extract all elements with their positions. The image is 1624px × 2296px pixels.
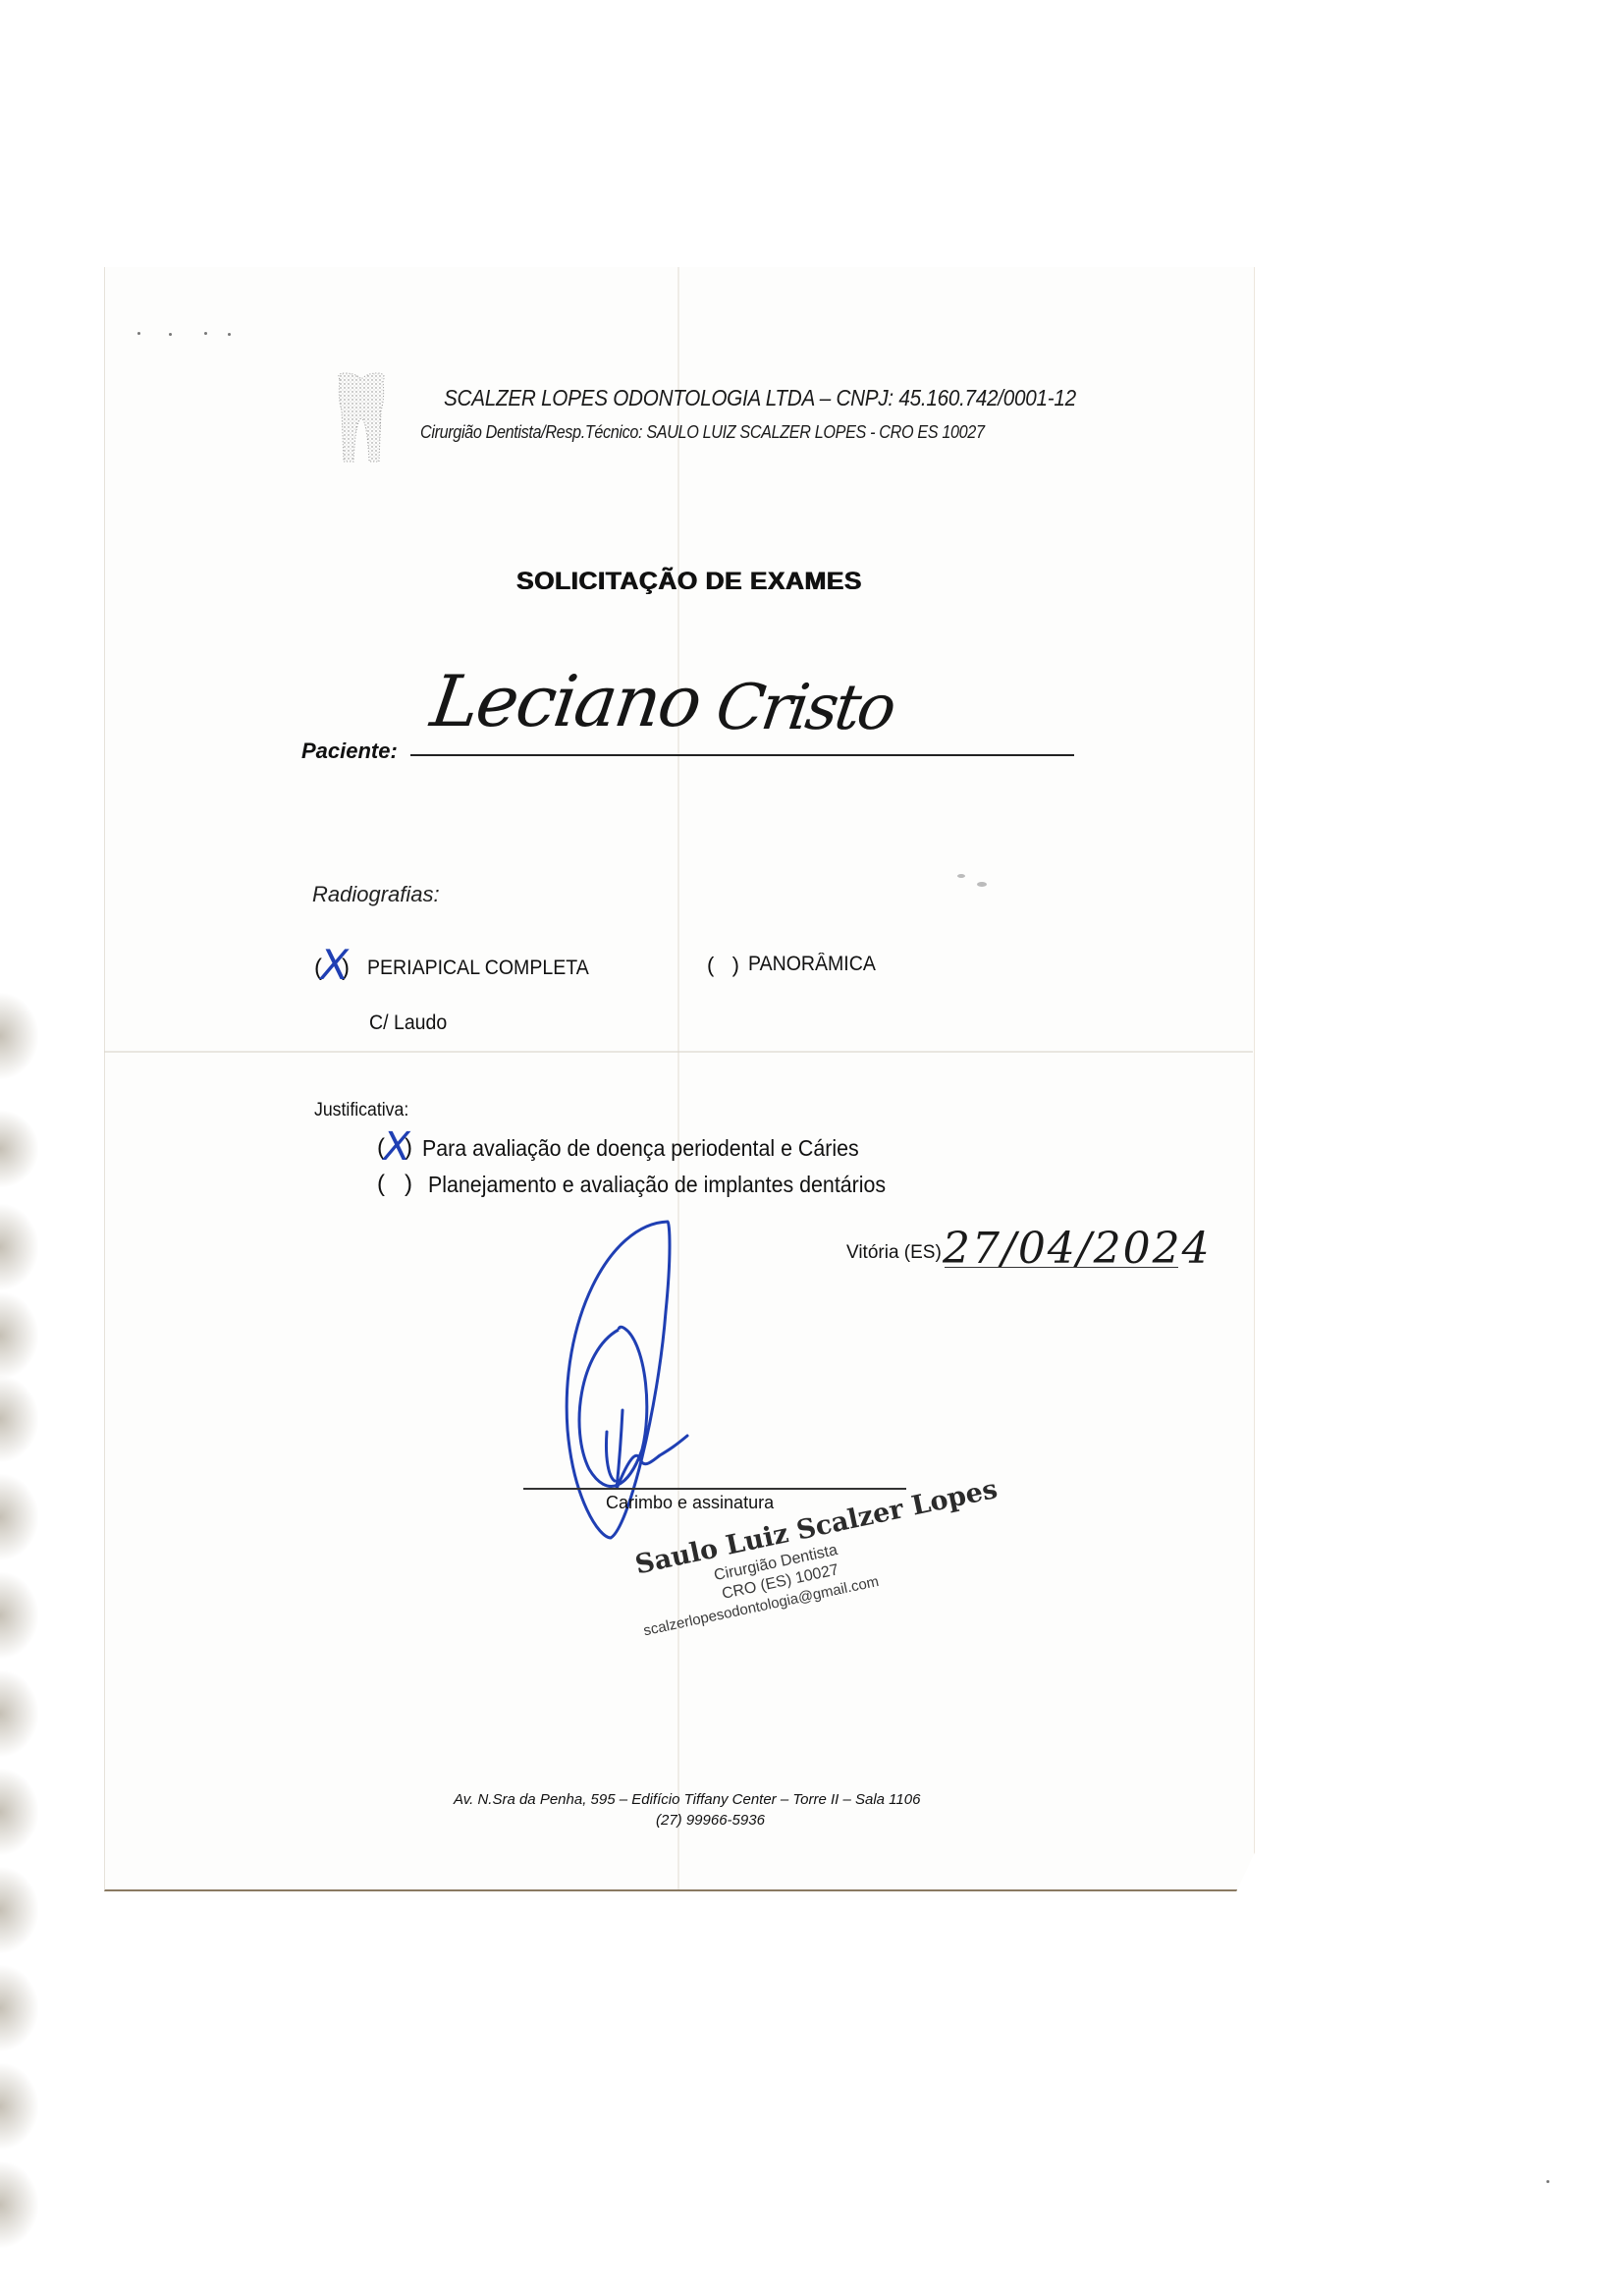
date-field-line — [945, 1267, 1178, 1268]
footer-phone: (27) 99966-5936 — [656, 1812, 765, 1829]
scan-speck — [204, 332, 207, 335]
option-periapical-label: PERIAPICAL COMPLETA — [367, 957, 589, 980]
patient-label: Paciente: — [301, 738, 398, 764]
scan-speck — [957, 874, 965, 878]
fold-line-vertical — [677, 267, 679, 1889]
scan-shadow — [0, 1964, 39, 2052]
scan-shadow — [0, 1291, 39, 1380]
scan-shadow — [0, 1768, 39, 1856]
scan-speck — [137, 332, 140, 335]
scan-shadow — [0, 1571, 39, 1660]
scan-speck — [228, 333, 231, 336]
scan-shadow — [0, 1203, 39, 1291]
scan-shadow — [0, 992, 39, 1080]
patient-field-line — [410, 754, 1074, 756]
option-implantes-label: Planejamento e avaliação de implantes de… — [428, 1172, 886, 1198]
scan-shadow — [0, 2062, 39, 2151]
justificativa-label: Justificativa: — [314, 1100, 408, 1121]
page-title: SOLICITAÇÃO DE EXAMES — [516, 568, 862, 596]
checkbox-bracket: ( ) — [377, 1171, 412, 1198]
fold-line-horizontal — [104, 1051, 1253, 1053]
footer-address: Av. N.Sra da Penha, 595 – Edifício Tiffa… — [454, 1791, 920, 1808]
checkbox-bracket: ( ) — [707, 953, 739, 978]
patient-last-name[interactable]: Cristo — [712, 672, 898, 744]
scan-shadow — [0, 1110, 39, 1188]
responsible-header: Cirurgião Dentista/Resp.Técnico: SAULO L… — [420, 422, 985, 443]
tooth-icon — [332, 371, 391, 467]
date-location-label: Vitória (ES) — [846, 1242, 942, 1264]
scan-speck — [169, 333, 172, 336]
scan-shadow — [0, 2160, 39, 2249]
scan-shadow — [0, 1866, 39, 1954]
option-panoramica-label: PANORÂMICA — [748, 953, 876, 976]
laudo-note: C/ Laudo — [369, 1011, 447, 1035]
option-periodontal-label: Para avaliação de doença periodental e C… — [422, 1135, 859, 1162]
scan-shadow — [0, 1473, 39, 1561]
scan-shadow — [0, 1669, 39, 1758]
company-header: SCALZER LOPES ODONTOLOGIA LTDA – CNPJ: 4… — [444, 385, 1076, 411]
scan-shadow — [0, 1375, 39, 1463]
scan-speck — [1546, 2180, 1549, 2183]
patient-first-name[interactable]: Leciano — [426, 660, 705, 742]
paper-sheet — [104, 267, 1255, 1891]
scan-speck — [977, 882, 987, 887]
radiografias-label: Radiografias: — [312, 882, 440, 907]
